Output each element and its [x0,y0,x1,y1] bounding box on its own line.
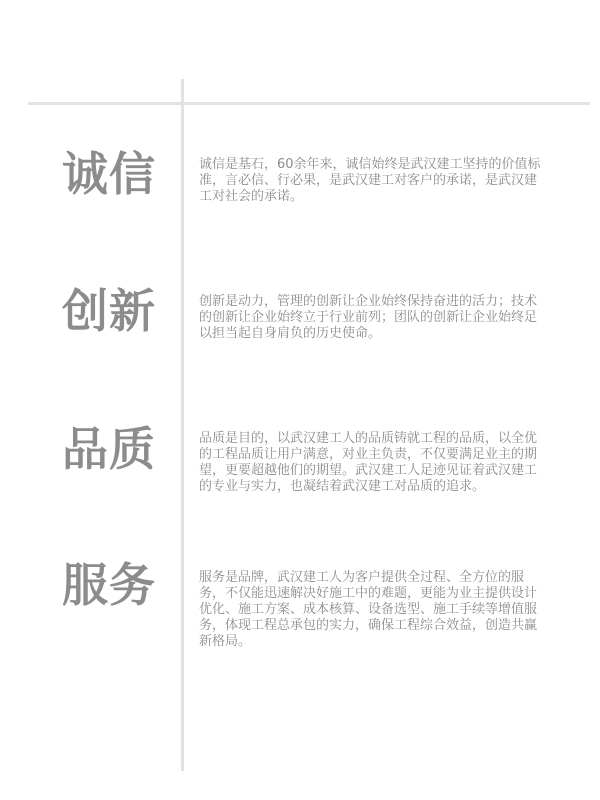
section-text: 诚信是基石，60余年来，诚信始终是武汉建工坚持的价值标准，言必信、行必果，是武汉… [199,157,549,205]
section-text: 品质是目的，以武汉建工人的品质铸就工程的品质，以全优的工程品质让用户满意，对业主… [199,431,549,495]
vertical-divider [181,79,184,771]
section-title: 品质 [48,421,170,477]
section-text: 服务是品牌，武汉建工人为客户提供全过程、全方位的服务，不仅能迅速解决好施工中的难… [199,570,549,650]
section-title: 创新 [48,283,170,339]
section-text: 创新是动力，管理的创新让企业始终保持奋进的活力；技术的创新让企业始终立于行业前列… [199,294,549,342]
section-title: 诚信 [48,146,170,202]
section-title: 服务 [48,557,170,613]
horizontal-divider [28,102,590,105]
